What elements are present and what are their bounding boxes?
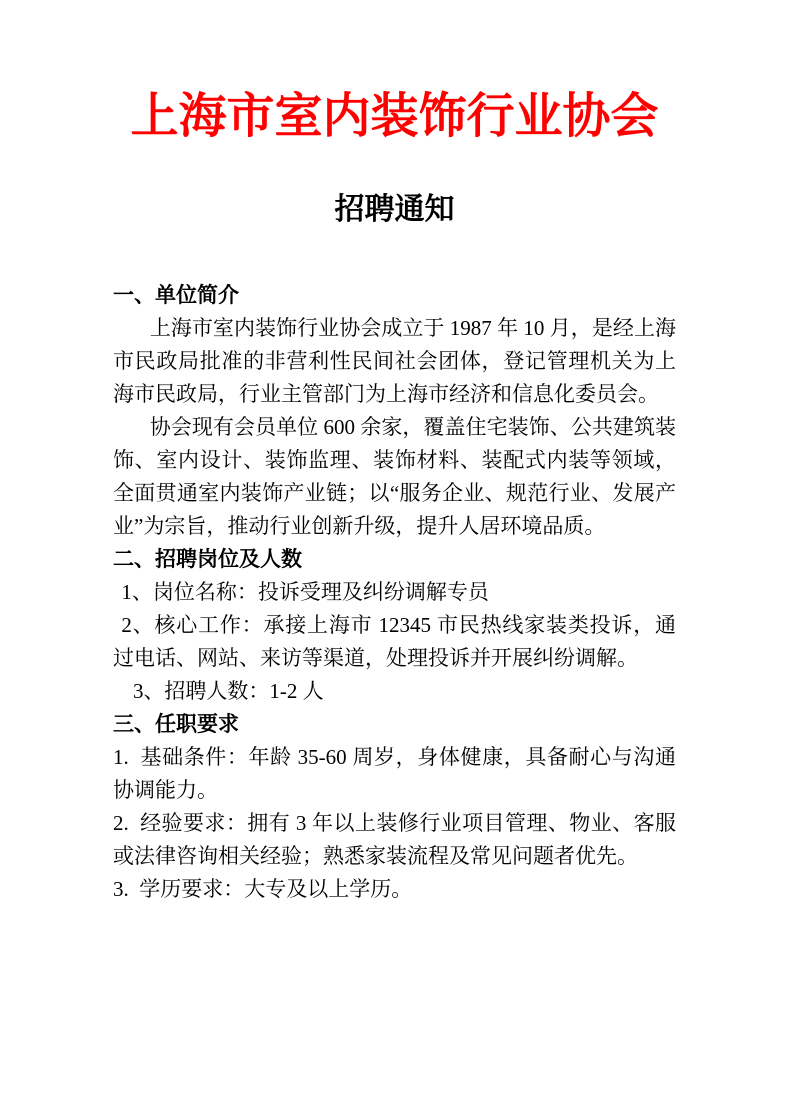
document-subtitle: 招聘通知 xyxy=(113,191,676,229)
list-item-education: 3. 学历要求：大专及以上学历。 xyxy=(113,873,676,906)
paragraph-membership: 协会现有会员单位 600 余家，覆盖住宅装饰、公共建筑装饰、室内设计、装饰监理、… xyxy=(113,411,676,543)
document-page: 上海市室内装饰行业协会 招聘通知 一、单位简介 上海市室内装饰行业协会成立于 1… xyxy=(0,0,789,1095)
section-requirements: 三、任职要求 1. 基础条件：年龄 35-60 周岁，身体健康，具备耐心与沟通协… xyxy=(113,708,676,906)
list-item-position-name: 1、岗位名称：投诉受理及纠纷调解专员 xyxy=(113,576,676,609)
paragraph-history: 上海市室内装饰行业协会成立于 1987 年 10 月，是经上海市民政局批准的非营… xyxy=(113,312,676,411)
list-item-experience: 2. 经验要求：拥有 3 年以上装修行业项目管理、物业、客服或法律咨询相关经验；… xyxy=(113,807,676,873)
section-heading-requirements: 三、任职要求 xyxy=(113,708,676,741)
list-item-headcount: 3、招聘人数：1-2 人 xyxy=(113,675,676,708)
section-heading-positions: 二、招聘岗位及人数 xyxy=(113,543,676,576)
document-title: 上海市室内装饰行业协会 xyxy=(113,88,676,145)
section-heading-unit-intro: 一、单位简介 xyxy=(113,279,676,312)
section-unit-intro: 一、单位简介 上海市室内装饰行业协会成立于 1987 年 10 月，是经上海市民… xyxy=(113,279,676,543)
list-item-core-duties: 2、核心工作：承接上海市 12345 市民热线家装类投诉，通过电话、网站、来访等… xyxy=(113,609,676,675)
document-body: 一、单位简介 上海市室内装饰行业协会成立于 1987 年 10 月，是经上海市民… xyxy=(113,279,676,906)
list-item-basic-conditions: 1. 基础条件：年龄 35-60 周岁，身体健康，具备耐心与沟通协调能力。 xyxy=(113,741,676,807)
section-positions: 二、招聘岗位及人数 1、岗位名称：投诉受理及纠纷调解专员 2、核心工作：承接上海… xyxy=(113,543,676,708)
